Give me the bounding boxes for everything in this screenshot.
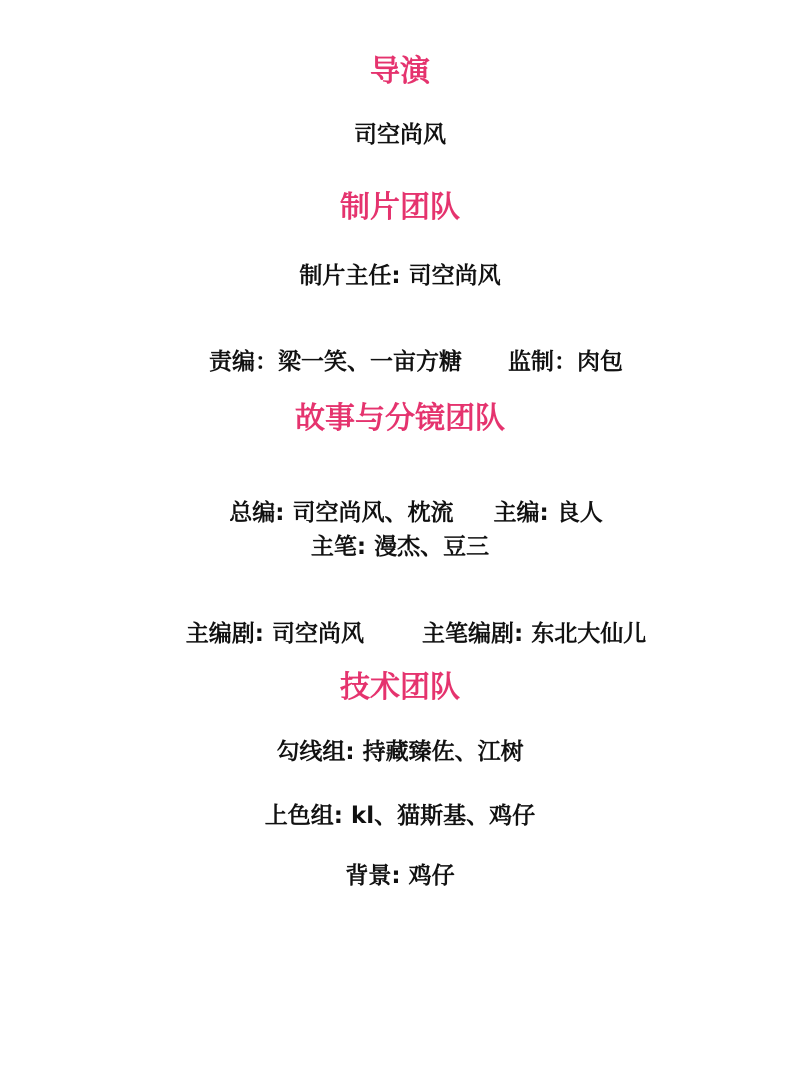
credit-line-background: 背景: 鸡仔 — [0, 857, 800, 890]
credit-head-writer: 主编剧: 司空尚风 — [186, 615, 364, 648]
credit-supervisor: 监制：肉包 — [508, 343, 623, 376]
section-heading-story-storyboard-team: 故事与分镜团队 — [0, 393, 800, 437]
section-heading-technical-team: 技术团队 — [0, 662, 800, 706]
credit-editor: 责编：梁一笑、一亩方糖 — [209, 343, 462, 376]
credit-line-director: 司空尚风 — [0, 116, 800, 149]
section-heading-production-team: 制片团队 — [0, 182, 800, 226]
credit-line-lead-artists: 主笔: 漫杰、豆三 — [0, 528, 800, 561]
credit-line-production-manager: 制片主任: 司空尚风 — [0, 257, 800, 290]
section-heading-director: 导演 — [0, 46, 800, 90]
credit-chief-editor: 总编: 司空尚风、枕流 — [229, 494, 453, 527]
credit-line-editor-supervisor: 责编：梁一笑、一亩方糖监制：肉包 — [0, 317, 800, 402]
credit-main-editor: 主编: 良人 — [494, 494, 603, 527]
credit-line-lineart: 勾线组: 持藏臻佐、江树 — [0, 733, 800, 766]
credit-line-coloring: 上色组: kl、猫斯基、鸡仔 — [0, 797, 800, 830]
credit-lead-artist-writer: 主笔编剧: 东北大仙儿 — [422, 615, 646, 648]
